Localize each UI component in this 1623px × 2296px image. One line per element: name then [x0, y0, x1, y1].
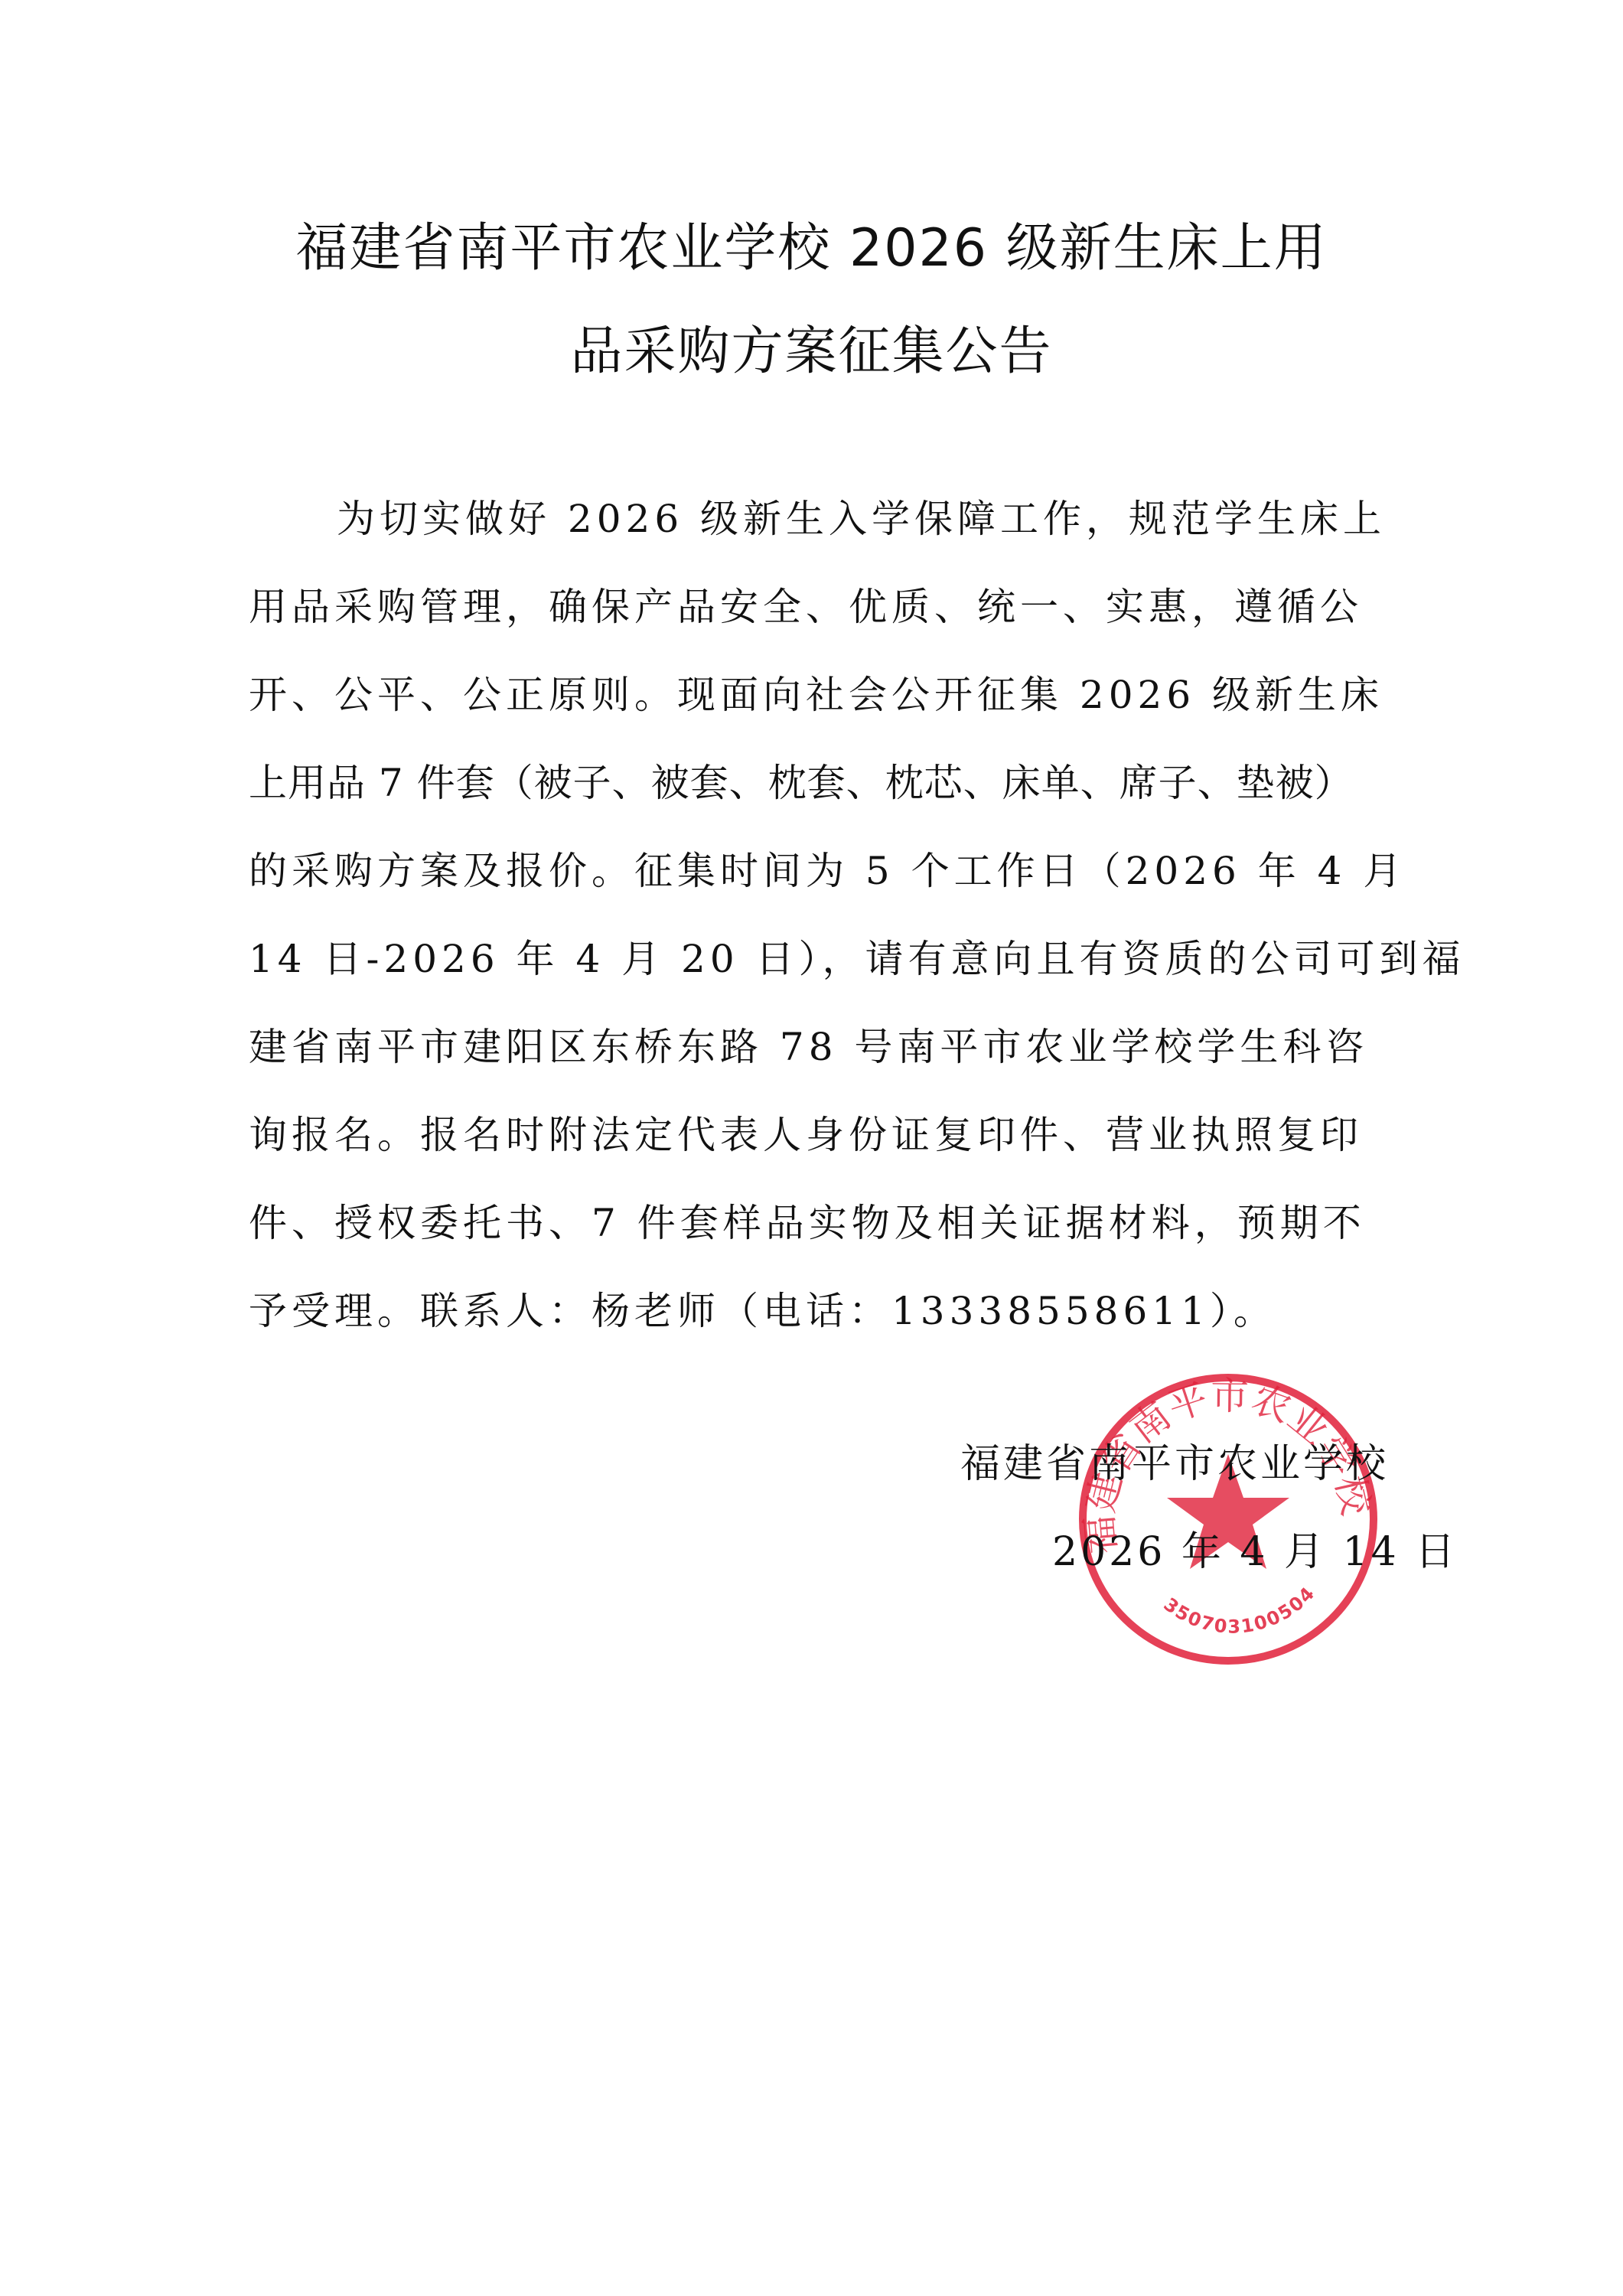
- body-line: 件、授权委托书、7 件套样品实物及相关证据材料，预期不: [249, 1192, 1396, 1247]
- signature-organization: 福建省南平市农业学校: [960, 1431, 1389, 1489]
- document-title-line-1: 福建省南平市农业学校 2026 级新生床上用: [0, 207, 1623, 281]
- body-line: 询报名。报名时附法定代表人身份证复印件、营业执照复印: [249, 1104, 1396, 1159]
- body-line: 上用品 7 件套（被子、被套、枕套、枕芯、床单、席子、垫被）: [249, 752, 1396, 807]
- signature-date: 2026 年 4 月 14 日: [1052, 1519, 1458, 1577]
- body-line: 建省南平市建阳区东桥东路 78 号南平市农业学校学生科咨: [249, 1016, 1396, 1071]
- body-line: 用品采购管理，确保产品安全、优质、统一、实惠，遵循公: [249, 576, 1396, 631]
- document-title-line-2: 品采购方案征集公告: [0, 310, 1623, 384]
- body-line: 为切实做好 2026 级新生入学保障工作，规范学生床上: [337, 488, 1484, 543]
- body-line: 予受理。联系人：杨老师（电话：13338558611）。: [249, 1280, 1396, 1336]
- body-line: 14 日-2026 年 4 月 20 日），请有意向且有资质的公司可到福: [249, 928, 1396, 983]
- body-line: 的采购方案及报价。征集时间为 5 个工作日（2026 年 4 月: [249, 840, 1396, 895]
- body-line: 开、公平、公正原则。现面向社会公开征集 2026 级新生床: [249, 664, 1396, 719]
